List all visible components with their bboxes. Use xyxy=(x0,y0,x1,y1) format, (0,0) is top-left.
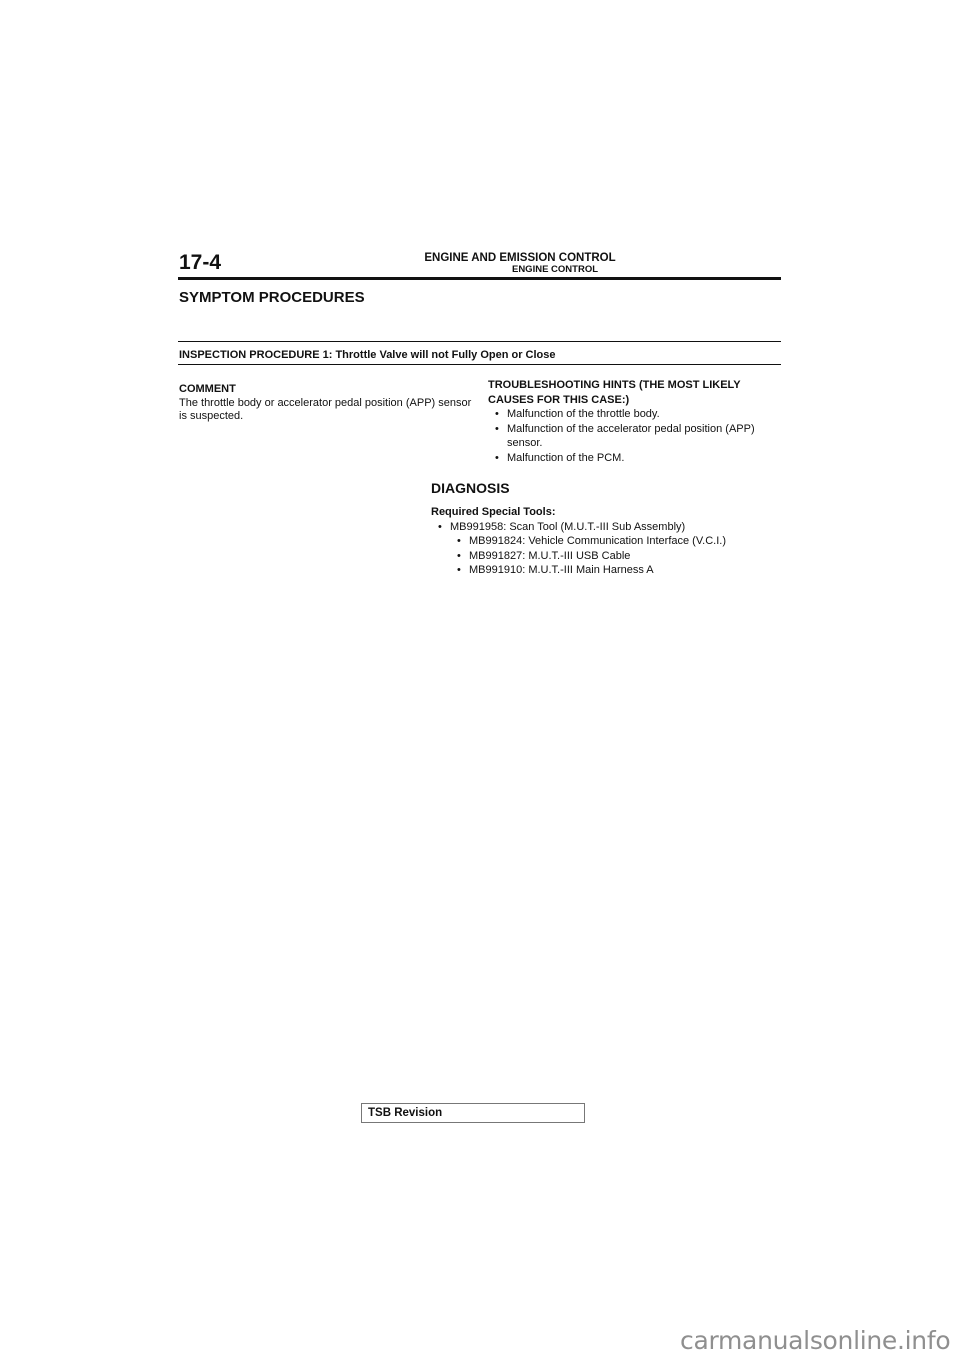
list-item: Malfunction of the accelerator pedal pos… xyxy=(488,422,788,451)
hints-list: Malfunction of the throttle body. Malfun… xyxy=(488,407,788,465)
list-item: MB991827: M.U.T.-III USB Cable xyxy=(431,549,791,564)
diagnosis-title: DIAGNOSIS xyxy=(431,480,510,496)
list-item: Malfunction of the throttle body. xyxy=(488,407,788,422)
chapter-subtitle: ENGINE CONTROL xyxy=(420,265,690,275)
procedure-divider-top xyxy=(178,341,781,342)
section-title: SYMPTOM PROCEDURES xyxy=(179,289,365,306)
header-divider xyxy=(178,277,781,280)
sub-tools-list: MB991824: Vehicle Communication Interfac… xyxy=(431,534,791,578)
tools-list: MB991958: Scan Tool (M.U.T.-III Sub Asse… xyxy=(431,520,791,535)
troubleshooting-hints: TROUBLESHOOTING HINTS (THE MOST LIKELY C… xyxy=(488,378,788,465)
page-number: 17-4 xyxy=(179,251,221,275)
hints-heading: TROUBLESHOOTING HINTS (THE MOST LIKELY C… xyxy=(488,378,788,407)
comment-block: COMMENT The throttle body or accelerator… xyxy=(179,383,474,424)
comment-heading: COMMENT xyxy=(179,383,474,397)
list-item: MB991824: Vehicle Communication Interfac… xyxy=(431,534,791,549)
list-item: Malfunction of the PCM. xyxy=(488,451,788,466)
procedure-divider-bottom xyxy=(178,364,781,365)
tsb-revision-box: TSB Revision xyxy=(361,1103,585,1123)
diagnosis-block: Required Special Tools: MB991958: Scan T… xyxy=(431,505,791,578)
chapter-title: ENGINE AND EMISSION CONTROL xyxy=(420,252,620,264)
comment-text: The throttle body or accelerator pedal p… xyxy=(179,397,474,424)
watermark: carmanualsonline.info xyxy=(680,1326,950,1355)
list-item: MB991958: Scan Tool (M.U.T.-III Sub Asse… xyxy=(431,520,791,535)
list-item: MB991910: M.U.T.-III Main Harness A xyxy=(431,563,791,578)
procedure-title: INSPECTION PROCEDURE 1: Throttle Valve w… xyxy=(179,349,556,361)
tools-heading: Required Special Tools: xyxy=(431,505,791,520)
